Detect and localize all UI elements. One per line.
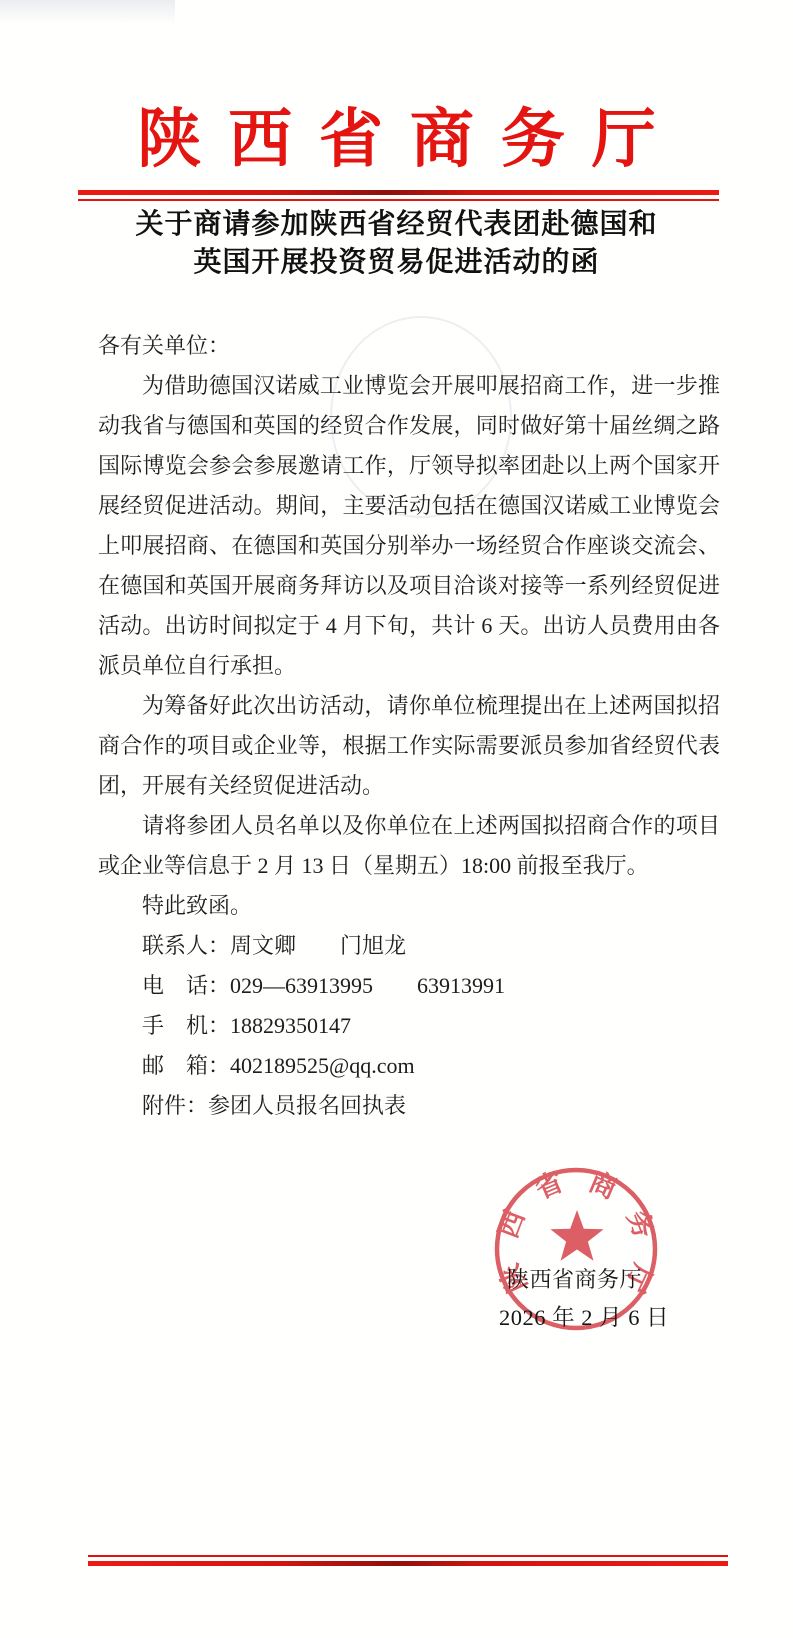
- contact-person-row: 联系人：周文卿 门旭龙: [98, 926, 720, 966]
- contact-value: 周文卿 门旭龙: [230, 933, 406, 958]
- signing-agency: 陕西省商务厅: [507, 1263, 642, 1294]
- closing-phrase: 特此致函。: [98, 886, 720, 926]
- rule-thin-line: [78, 199, 719, 201]
- paragraph: 为筹备好此次出访活动，请你单位梳理提出在上述两国拟招商合作的项目或企业等，根据工…: [98, 686, 720, 806]
- scan-smudge-artifact: [0, 0, 175, 24]
- official-letter-page: 陕西省商务厅 关于商请参加陕西省经贸代表团赴德国和 英国开展投资贸易促进活动的函…: [0, 0, 793, 1638]
- rule-thick-line: [88, 1561, 728, 1566]
- salutation: 各有关单位：: [98, 326, 720, 366]
- footer-double-rule: [88, 1555, 728, 1566]
- attachment-note: 附件：参团人员报名回执表: [98, 1086, 720, 1126]
- signing-date: 2026 年 2 月 6 日: [499, 1300, 669, 1332]
- contact-phone-row: 电 话：029—63913995 63913991: [98, 966, 720, 1006]
- contact-email-row: 邮 箱：402189525@qq.com: [98, 1046, 720, 1086]
- contact-label: 邮 箱：: [142, 1053, 230, 1078]
- contact-label: 手 机：: [142, 1013, 230, 1038]
- document-title-line1: 关于商请参加陕西省经贸代表团赴德国和: [0, 206, 793, 244]
- contact-value: 029—63913995 63913991: [230, 973, 505, 998]
- seal-star-icon: [550, 1210, 603, 1261]
- paragraph: 为借助德国汉诺威工业博览会开展叩展招商工作，进一步推动我省与德国和英国的经贸合作…: [98, 366, 720, 686]
- letterhead-double-rule: [78, 190, 719, 201]
- letter-body: 各有关单位： 为借助德国汉诺威工业博览会开展叩展招商工作，进一步推动我省与德国和…: [98, 326, 720, 1126]
- paragraph: 请将参团人员名单以及你单位在上述两国拟招商合作的项目或企业等信息于 2 月 13…: [98, 806, 720, 886]
- contact-mobile-row: 手 机：18829350147: [98, 1006, 720, 1046]
- letterhead-agency-name: 陕西省商务厅: [0, 88, 793, 180]
- contact-label: 电 话：: [142, 973, 230, 998]
- contact-value: 402189525@qq.com: [230, 1053, 415, 1078]
- document-title: 关于商请参加陕西省经贸代表团赴德国和 英国开展投资贸易促进活动的函: [0, 206, 793, 282]
- document-title-line2: 英国开展投资贸易促进活动的函: [0, 244, 793, 282]
- contact-value: 18829350147: [230, 1013, 351, 1038]
- contact-label: 联系人：: [142, 933, 230, 958]
